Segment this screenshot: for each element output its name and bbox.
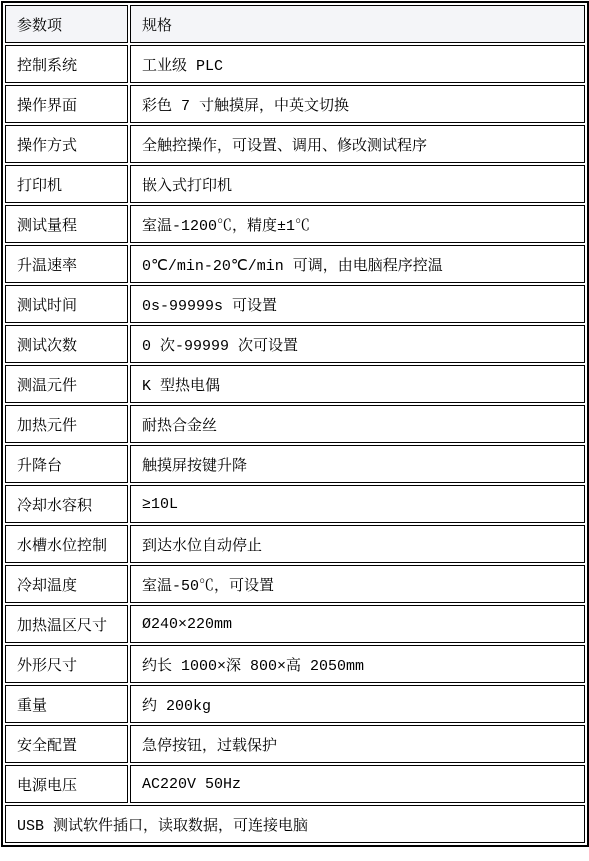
table-row: 重量约 200kg	[5, 685, 585, 723]
spec-cell: AC220V 50Hz	[130, 765, 585, 803]
header-spec-cell: 规格	[130, 5, 585, 43]
param-cell: 测温元件	[5, 365, 128, 403]
header-row: 参数项 规格	[5, 5, 585, 43]
spec-cell: 约 200kg	[130, 685, 585, 723]
table-row: 升降台触摸屏按键升降	[5, 445, 585, 483]
table-row: 测试量程室温-1200℃，精度±1℃	[5, 205, 585, 243]
footer-row: USB 测试软件插口，读取数据，可连接电脑	[5, 805, 585, 843]
table-row: 冷却水容积≥10L	[5, 485, 585, 523]
table-row: 加热温区尺寸Ø240×220mm	[5, 605, 585, 643]
param-cell: 冷却水容积	[5, 485, 128, 523]
table-row: 测试次数0 次-99999 次可设置	[5, 325, 585, 363]
table-row: 打印机嵌入式打印机	[5, 165, 585, 203]
table-row: 控制系统工业级 PLC	[5, 45, 585, 83]
param-cell: 测试时间	[5, 285, 128, 323]
header-param-cell: 参数项	[5, 5, 128, 43]
table-row: 测试时间0s-99999s 可设置	[5, 285, 585, 323]
param-cell: 测试量程	[5, 205, 128, 243]
spec-table-footer: USB 测试软件插口，读取数据，可连接电脑	[5, 805, 585, 843]
spec-cell: K 型热电偶	[130, 365, 585, 403]
param-cell: 操作界面	[5, 85, 128, 123]
spec-cell: 室温-1200℃，精度±1℃	[130, 205, 585, 243]
param-cell: 升降台	[5, 445, 128, 483]
param-cell: 加热元件	[5, 405, 128, 443]
table-row: 操作方式全触控操作，可设置、调用、修改测试程序	[5, 125, 585, 163]
table-row: 电源电压AC220V 50Hz	[5, 765, 585, 803]
table-row: 外形尺寸约长 1000×深 800×高 2050mm	[5, 645, 585, 683]
table-row: 安全配置急停按钮，过载保护	[5, 725, 585, 763]
spec-cell: 0 次-99999 次可设置	[130, 325, 585, 363]
table-row: 测温元件K 型热电偶	[5, 365, 585, 403]
param-cell: 升温速率	[5, 245, 128, 283]
table-row: 加热元件耐热合金丝	[5, 405, 585, 443]
table-row: 升温速率0℃/min-20℃/min 可调，由电脑程序控温	[5, 245, 585, 283]
spec-cell: 耐热合金丝	[130, 405, 585, 443]
param-cell: 操作方式	[5, 125, 128, 163]
table-row: 冷却温度室温-50℃，可设置	[5, 565, 585, 603]
param-cell: 水槽水位控制	[5, 525, 128, 563]
footer-cell: USB 测试软件插口，读取数据，可连接电脑	[5, 805, 585, 843]
spec-cell: Ø240×220mm	[130, 605, 585, 643]
spec-cell: 到达水位自动停止	[130, 525, 585, 563]
param-cell: 重量	[5, 685, 128, 723]
spec-cell: 触摸屏按键升降	[130, 445, 585, 483]
spec-cell: 全触控操作，可设置、调用、修改测试程序	[130, 125, 585, 163]
param-cell: 测试次数	[5, 325, 128, 363]
spec-cell: 工业级 PLC	[130, 45, 585, 83]
spec-cell: 0℃/min-20℃/min 可调，由电脑程序控温	[130, 245, 585, 283]
table-row: 操作界面彩色 7 寸触摸屏，中英文切换	[5, 85, 585, 123]
spec-cell: 0s-99999s 可设置	[130, 285, 585, 323]
spec-table-header: 参数项 规格	[5, 5, 585, 43]
param-cell: 控制系统	[5, 45, 128, 83]
spec-cell: 彩色 7 寸触摸屏，中英文切换	[130, 85, 585, 123]
spec-table-body: 控制系统工业级 PLC操作界面彩色 7 寸触摸屏，中英文切换操作方式全触控操作，…	[5, 45, 585, 803]
spec-cell: ≥10L	[130, 485, 585, 523]
spec-cell: 嵌入式打印机	[130, 165, 585, 203]
spec-table: 参数项 规格 控制系统工业级 PLC操作界面彩色 7 寸触摸屏，中英文切换操作方…	[1, 1, 589, 847]
param-cell: 电源电压	[5, 765, 128, 803]
param-cell: 冷却温度	[5, 565, 128, 603]
table-row: 水槽水位控制到达水位自动停止	[5, 525, 585, 563]
spec-cell: 急停按钮，过载保护	[130, 725, 585, 763]
param-cell: 加热温区尺寸	[5, 605, 128, 643]
param-cell: 安全配置	[5, 725, 128, 763]
spec-cell: 室温-50℃，可设置	[130, 565, 585, 603]
param-cell: 打印机	[5, 165, 128, 203]
spec-cell: 约长 1000×深 800×高 2050mm	[130, 645, 585, 683]
param-cell: 外形尺寸	[5, 645, 128, 683]
